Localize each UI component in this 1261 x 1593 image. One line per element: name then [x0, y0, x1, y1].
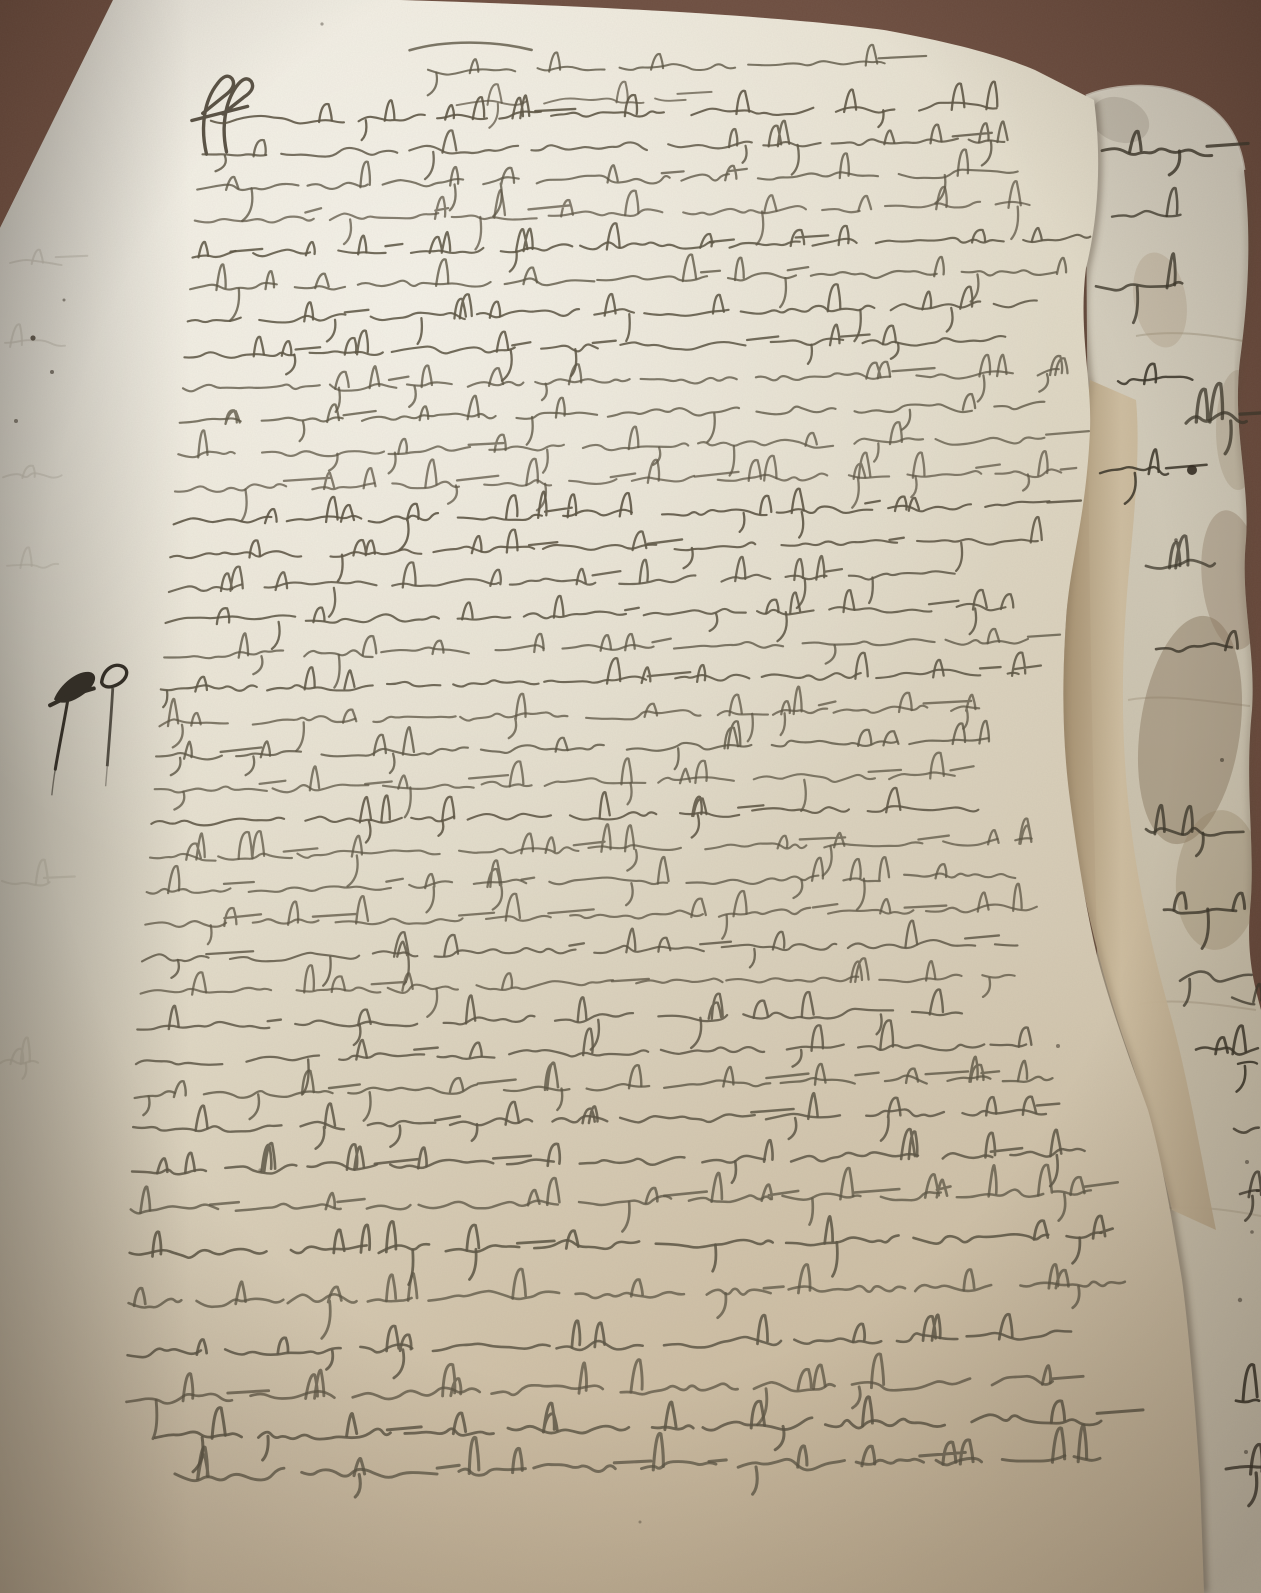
manuscript-photograph — [0, 0, 1261, 1593]
vignette — [0, 0, 1261, 1593]
manuscript-photo-scene — [0, 0, 1261, 1593]
